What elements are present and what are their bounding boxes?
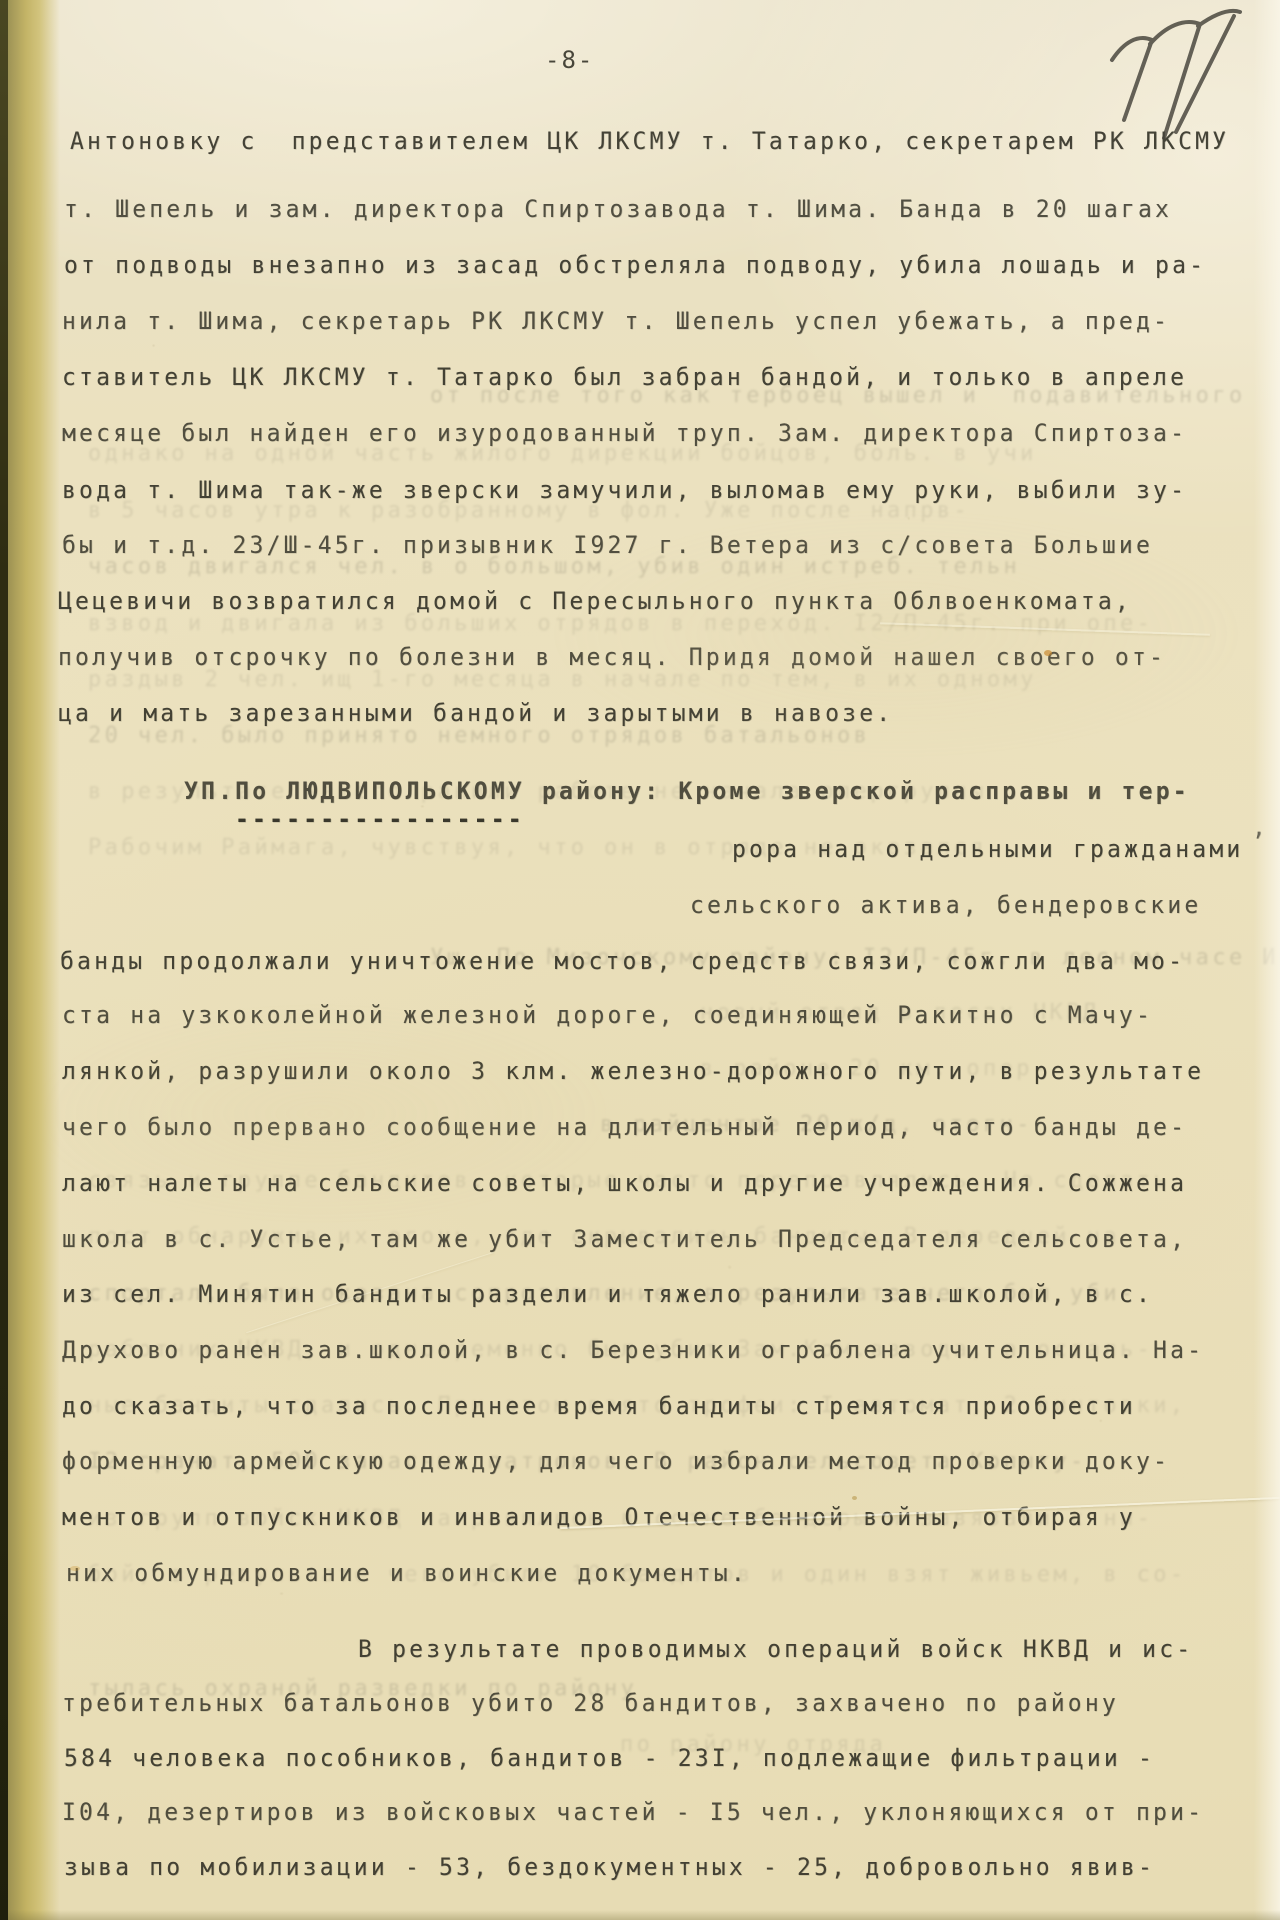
typed-line: банды продолжали уничтожение мостов, сре… (60, 948, 1185, 975)
paper-stain (70, 1566, 80, 1571)
typed-line: от подводы внезапно из засад обстреляла … (64, 252, 1206, 279)
typed-line: 584 человека пособников, бандитов - 23I,… (64, 1745, 1155, 1772)
handwritten-page-number-77 (1078, 4, 1268, 154)
section-heading: УП.По ЛЮДВИПОЛЬСКОМУ району: Кроме зверс… (184, 778, 1190, 805)
typed-line: нила т. Шима, секретарь РК ЛКСМУ т. Шепе… (62, 308, 1170, 335)
typed-line: ста на узкоколейной железной дороге, сое… (62, 1002, 1153, 1029)
typed-line: I04, дезертиров из войсковых частей - I5… (62, 1799, 1204, 1826)
typed-line: ца и мать зарезанными бандой и зарытыми … (58, 700, 893, 727)
typed-line: Антоновку с представителем ЦК ЛКСМУ т. Т… (70, 128, 1229, 155)
typed-line: из сел. Минятин бандиты раздели и тяжело… (62, 1281, 1153, 1308)
typed-line: чего было прервано сообщение на длительн… (62, 1114, 1187, 1141)
typed-line: до сказать, что за последнее время банди… (62, 1393, 1136, 1420)
typed-line: бы и т.д. 23/Ш-45г. призывник I927 г. Ве… (62, 532, 1153, 559)
typed-line: Цецевичи возвратился домой с Пересыльног… (58, 588, 1132, 615)
paper-stain (1044, 650, 1052, 656)
typed-line: лают налеты на сельские советы, школы и … (62, 1170, 1187, 1197)
typed-line: получив отсрочку по болезни в месяц. При… (58, 644, 1166, 671)
typed-line: рора над отдельными гражданами (732, 836, 1243, 863)
typed-line: них обмундирование и воинские документы. (66, 1560, 748, 1587)
typed-line: В результате проводимых операций войск Н… (358, 1636, 1193, 1663)
document-page: от после того как тербоец вышел и подави… (0, 0, 1280, 1920)
typed-line: форменную армейскую одежду, для чего изб… (62, 1448, 1170, 1475)
page-left-edge-shadow (0, 0, 8, 1920)
typed-line: лянкой, разрушили около 3 клм. железно-д… (62, 1058, 1204, 1085)
typed-line: требительных батальонов убито 28 бандито… (62, 1690, 1119, 1717)
typed-line: Друхово ранен зав.школой, в с. Березники… (62, 1337, 1204, 1364)
paper-stain (852, 1496, 857, 1500)
typed-line: вода т. Шима так-же зверски замучили, вы… (62, 477, 1187, 504)
typed-line: сельского актива, бендеровские (690, 892, 1201, 919)
page-bottom-edge (0, 1910, 1280, 1920)
typed-line: месяце был найден его изуродованный труп… (62, 420, 1187, 447)
typed-line: школа в с. Устье, там же убит Заместител… (62, 1226, 1187, 1253)
page-right-edge (1254, 0, 1280, 1920)
page-left-edge (8, 0, 60, 1920)
typed-line: ставитель ЦК ЛКСМУ т. Татарко был забран… (62, 364, 1187, 391)
page-number: -8- (545, 46, 594, 74)
typed-line: т. Шепель и зам. директора Спиртозавода … (64, 196, 1172, 223)
typed-line: зыва по мобилизации - 53, бездокументных… (64, 1854, 1155, 1881)
heading-underline: ----------------- (235, 806, 525, 833)
